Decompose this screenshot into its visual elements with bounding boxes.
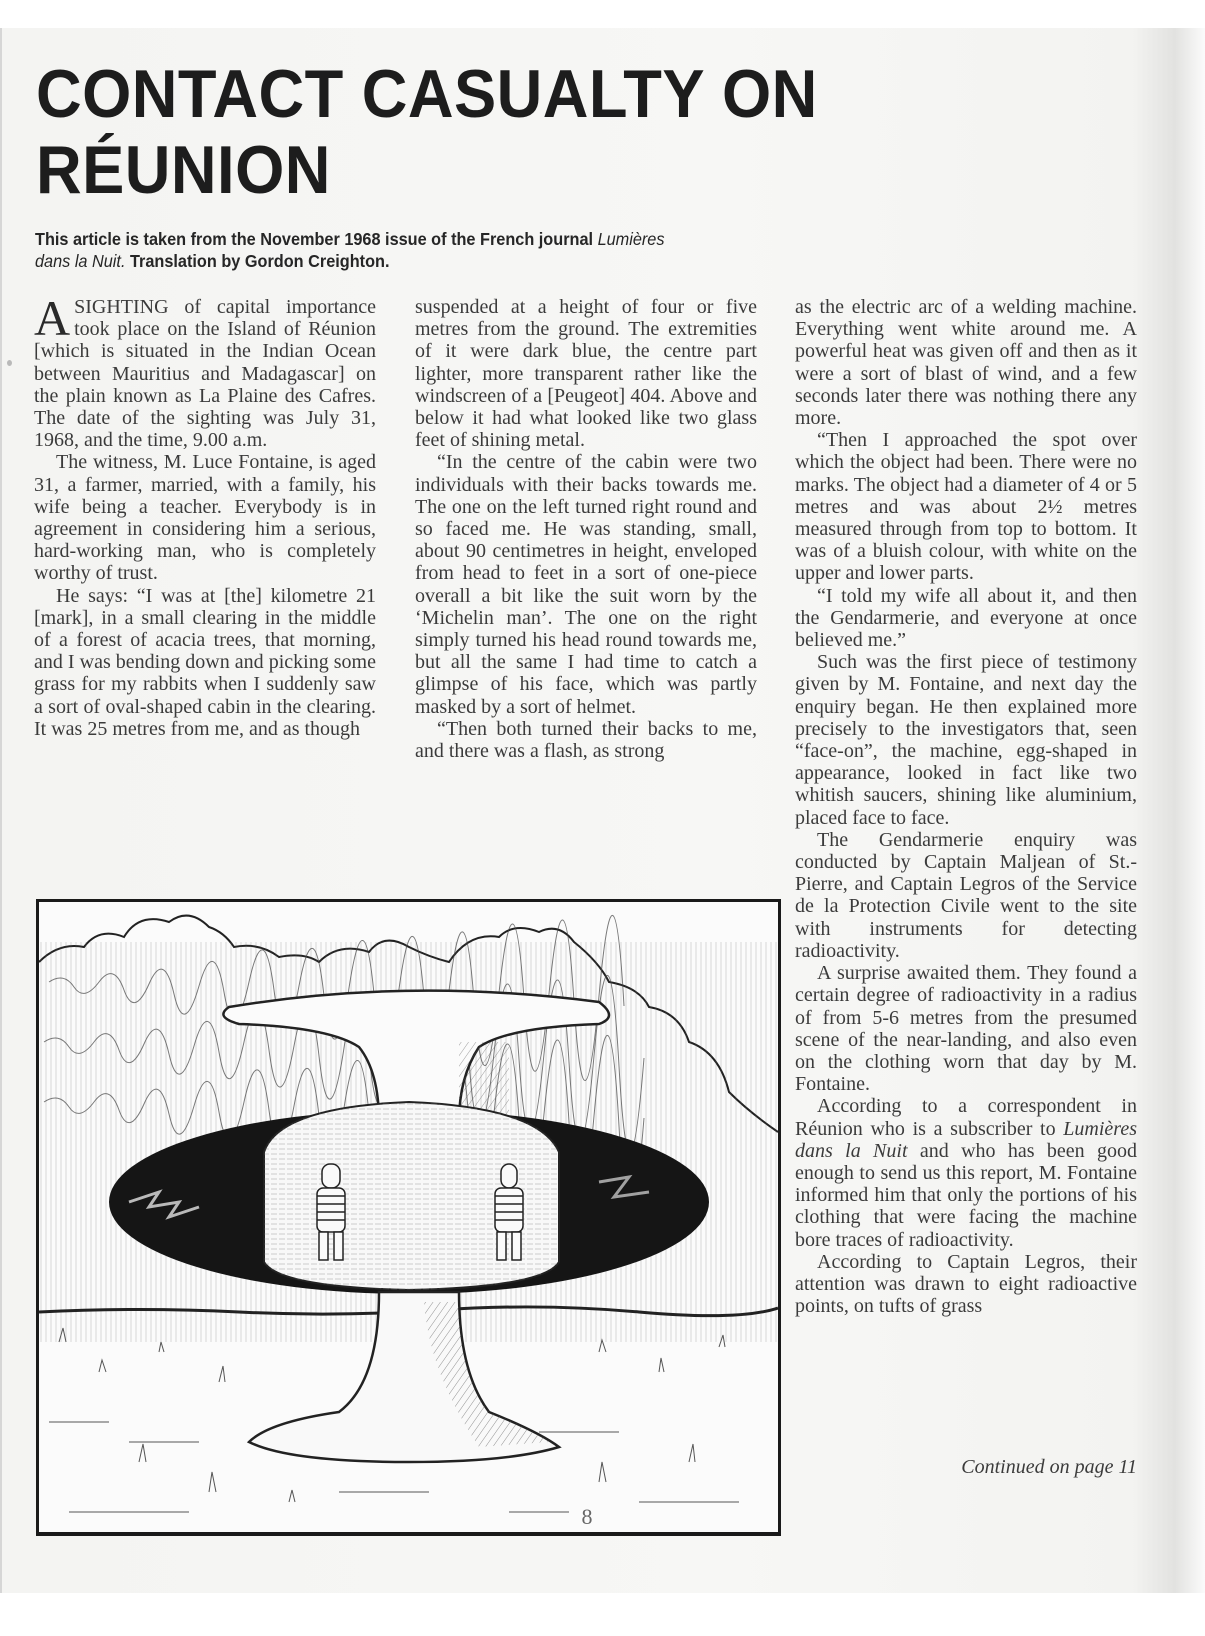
illustration-drawing [39,902,778,1532]
paragraph: A surprise awaited them. They found a ce… [795,962,1137,1095]
column-3: as the electric arc of a welding machine… [795,296,1137,1317]
page-number: 8 [572,1504,602,1530]
paragraph: According to Captain Legros, their atten… [795,1251,1137,1318]
drop-cap: A [34,298,70,338]
paragraph: Such was the first piece of testimony gi… [795,651,1137,829]
column-1: A SIGHTING of capital importance took pl… [34,296,376,740]
article-title: CONTACT CASUALTY ON RÉUNION [36,56,966,208]
scan-speck [7,360,12,366]
paragraph: According to a correspondent in Réunion … [795,1095,1137,1250]
title-line-1: CONTACT CASUALTY ON [36,56,818,132]
paragraph: A SIGHTING of capital importance took pl… [34,296,376,451]
continued-note: Continued on page 11 [795,1456,1137,1479]
paragraph: “I told my wife all about it, and then t… [795,585,1137,652]
translator-credit: Translation by Gordon Creighton. [125,251,389,271]
column-2: suspended at a height of four or five me… [415,296,757,762]
paragraph: He says: “I was at [the] kilometre 21 [m… [34,585,376,740]
paragraph: “Then I approached the spot over which t… [795,429,1137,584]
paragraph: The witness, M. Luce Fontaine, is aged 3… [34,451,376,584]
paragraph: suspended at a height of four or five me… [415,296,757,451]
page-edge [0,28,2,1593]
paragraph: as the electric arc of a welding machine… [795,296,1137,429]
paragraph-text: SIGHTING of capital importance took plac… [34,296,376,451]
title-line-2: RÉUNION [36,132,331,208]
paragraph: “In the centre of the cabin were two ind… [415,451,757,717]
paragraph: “Then both turned their backs to me, and… [415,718,757,762]
intro-text: This article is taken from the November … [35,229,598,249]
article-intro: This article is taken from the November … [35,228,872,272]
journal-name-italic: Lumières [598,229,665,249]
journal-name-italic: dans la Nuit. [35,251,125,271]
ufo-illustration [36,899,781,1536]
paragraph: The Gendarmerie enquiry was conducted by… [795,829,1137,962]
